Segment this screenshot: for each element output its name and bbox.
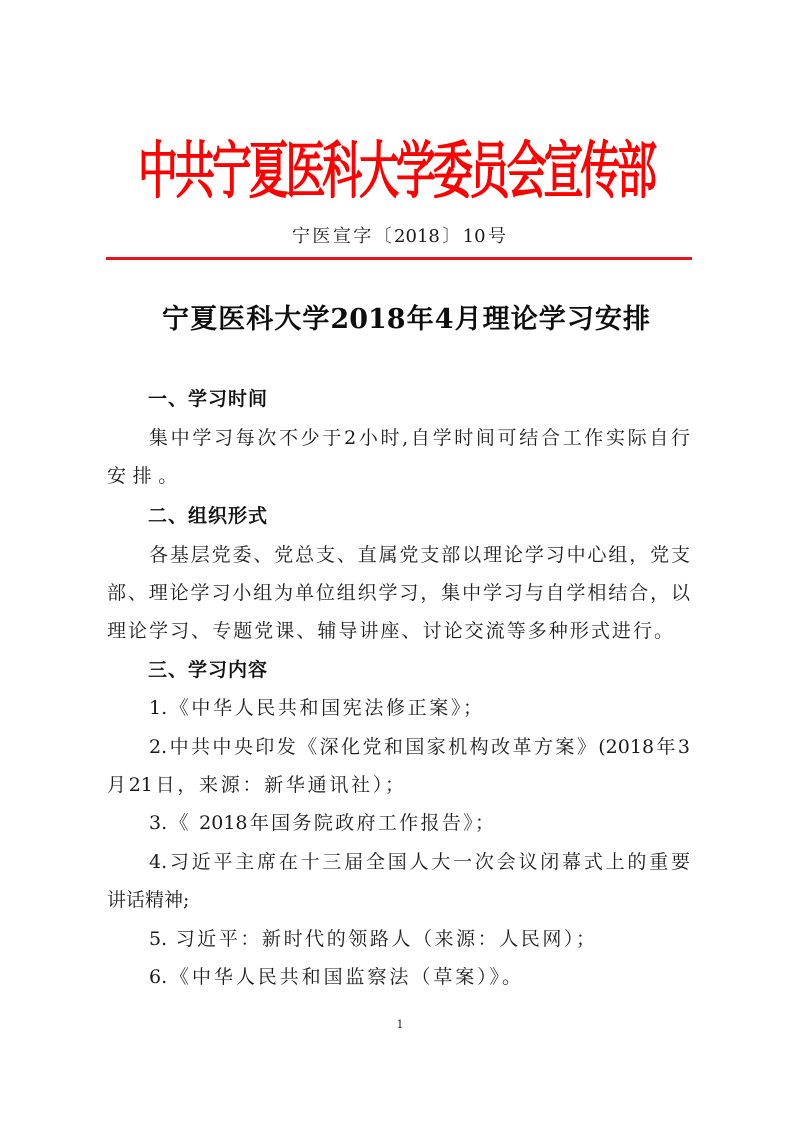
study-item-3: 3.《 2018年国务院政府工作报告》； — [149, 808, 494, 838]
org-title-char: 医 — [285, 116, 322, 228]
paragraph-line: 安排。 — [107, 461, 184, 491]
org-title-char: 大 — [359, 116, 396, 228]
section-heading-organization-form: 二、组织形式 — [148, 501, 268, 531]
paragraph-line: 各基层党委、党总支、直属党支部以理论学习中心组，党支 — [149, 540, 690, 570]
org-title-char: 宁 — [212, 116, 249, 228]
paragraph-line: 部、理论学习小组为单位组织学习，集中学习与自学相结合，以 — [107, 578, 690, 608]
document-number: 宁医宣字〔2018〕10号 — [292, 224, 506, 250]
document-page: 中 共 宁 夏 医 科 大 学 委 员 会 宣 传 部 宁医宣字〔2018〕10… — [0, 0, 793, 1122]
document-title: 宁夏医科大学2018年4月理论学习安排 — [162, 300, 650, 340]
org-title-char: 中 — [138, 116, 175, 228]
org-title-char: 会 — [507, 116, 544, 228]
study-item-5: 5. 习近平：新时代的领路人（来源：人民网）； — [149, 924, 595, 954]
org-letterhead-title: 中 共 宁 夏 医 科 大 学 委 员 会 宣 传 部 — [138, 136, 654, 208]
paragraph-line: 集中学习每次不少于2小时,自学时间可结合工作实际自行 — [149, 423, 690, 453]
section-heading-study-time: 一、学习时间 — [148, 384, 268, 414]
org-title-char: 传 — [580, 116, 617, 228]
page-number: 1 — [390, 1018, 410, 1031]
study-item-2-continued: 月21日，来源：新华通讯社）； — [107, 770, 404, 800]
org-title-char: 共 — [175, 116, 212, 228]
org-title-char: 部 — [617, 116, 654, 228]
org-title-char: 宣 — [543, 116, 580, 228]
letterhead-red-rule — [106, 257, 692, 260]
study-item-6: 6.《中华人民共和国监察法（草案）》。 — [149, 962, 521, 992]
paragraph-line: 理论学习、专题党课、辅导讲座、讨论交流等多种形式进行。 — [107, 616, 673, 646]
study-item-1: 1.《中华人民共和国宪法修正案》； — [149, 693, 482, 723]
section-heading-study-content: 三、学习内容 — [148, 655, 268, 685]
study-item-4-continued: 讲话精神; — [107, 885, 189, 915]
study-item-4: 4.习近平主席在十三届全国人大一次会议闭幕式上的重要 — [149, 847, 690, 877]
org-title-char: 夏 — [249, 116, 286, 228]
org-title-char: 学 — [396, 116, 433, 228]
org-title-char: 科 — [322, 116, 359, 228]
study-item-2: 2.中共中央印发《深化党和国家机构改革方案》(2018年3 — [149, 732, 690, 762]
org-title-char: 员 — [470, 116, 507, 228]
org-title-char: 委 — [433, 116, 470, 228]
